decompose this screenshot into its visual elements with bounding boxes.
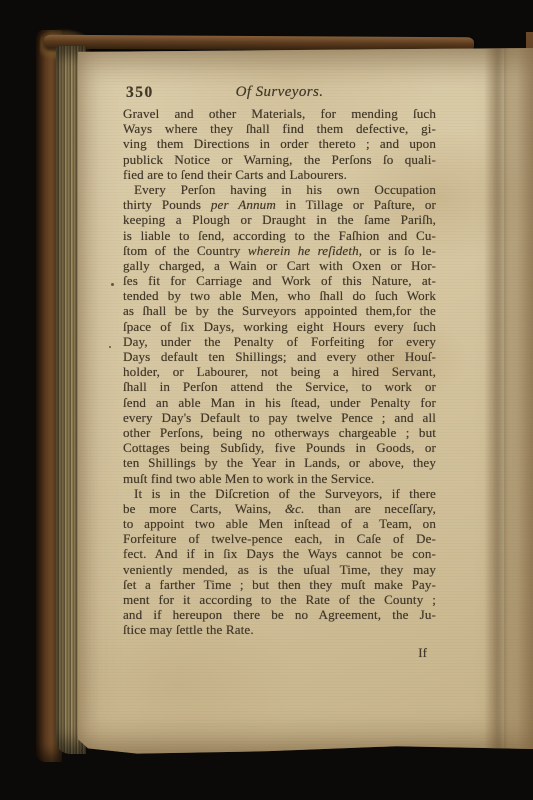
text-line: ten Shillings by the Year in Lands, or a… [123,455,436,470]
text-line: Days default ten Shillings; and every ot… [123,349,436,364]
text-line: is liable to ſend, according to the Faſh… [123,228,436,243]
text-line: to appoint two able Men inſtead of a Tea… [123,516,436,531]
text-line: veniently mended, as is the uſual Time, … [123,562,436,577]
text-line: holder, or Labourer, not being a hired S… [123,364,436,379]
text-line: fied are to ſend their Carts and Laboure… [123,167,436,182]
text-line: and if hereupon there be no Agreement, t… [123,607,436,622]
text-line: ſtice may ſettle the Rate. [123,622,436,637]
text-line: keeping a Plough or Draught in the ſame … [123,212,436,227]
text-line: Day, under the Penalty of Forfeiting for… [123,334,436,349]
running-title: Of Surveyors. [123,84,436,101]
text-block: 350 Of Surveyors. Gravel and other Mater… [123,84,436,660]
book-head-edge [44,35,474,52]
text-line: ſes fit for Carriage and Work of this Na… [123,273,436,288]
text-line: other Perſons, being no otherways charge… [123,425,436,440]
text-line: Cottages being Subſidy, five Pounds in G… [123,440,436,455]
text-line: gally charged, a Wain or Cart with Oxen … [123,258,436,273]
text-line: ſtom of the Country wherein he reſideth,… [123,243,436,258]
body-text: Gravel and other Materials, for mending … [123,106,436,638]
book-page: 350 Of Surveyors. Gravel and other Mater… [78,48,533,754]
text-line: ſpace of ſix Days, working eight Hours e… [123,319,436,334]
text-line: ſhall in Perſon attend the Service, to w… [123,379,436,394]
ink-speck [109,346,111,348]
text-line: Forfeiture of twelve-pence each, in Caſe… [123,531,436,546]
text-line: be more Carts, Wains, &c. than are neceſ… [123,501,436,516]
book-photo: 350 Of Surveyors. Gravel and other Mater… [0,0,533,800]
text-line: every Day's Default to pay twelve Pence … [123,410,436,425]
text-line: muſt find two able Men to work in the Se… [123,471,436,486]
text-line: publick Notice or Warning, the Perſons ſ… [123,152,436,167]
text-line: Gravel and other Materials, for mending … [123,106,436,121]
text-line: ving them Directions in order thereto ; … [123,136,436,151]
text-line: ſend an able Man in his ſtead, under Pen… [123,395,436,410]
text-line: ſet a farther Time ; but then they muſt … [123,577,436,592]
text-line: thirty Pounds per Annum in Tillage or Pa… [123,197,436,212]
facing-page-sliver [504,48,533,754]
text-line: Every Perſon having in his own Occupatio… [123,182,436,197]
page-header: 350 Of Surveyors. [123,84,436,104]
catchword: If [123,645,436,660]
text-line: ment for it according to the Rate of the… [123,592,436,607]
text-line: tended by two able Men, who ſhall do ſuc… [123,288,436,303]
text-line: Ways where they ſhall find them defectiv… [123,121,436,136]
text-line: It is in the Diſcretion of the Surveyors… [123,486,436,501]
text-line: fect. And if in ſix Days the Ways cannot… [123,546,436,561]
text-line: as ſhall be by the Surveyors appointed t… [123,303,436,318]
ink-speck [111,283,114,286]
